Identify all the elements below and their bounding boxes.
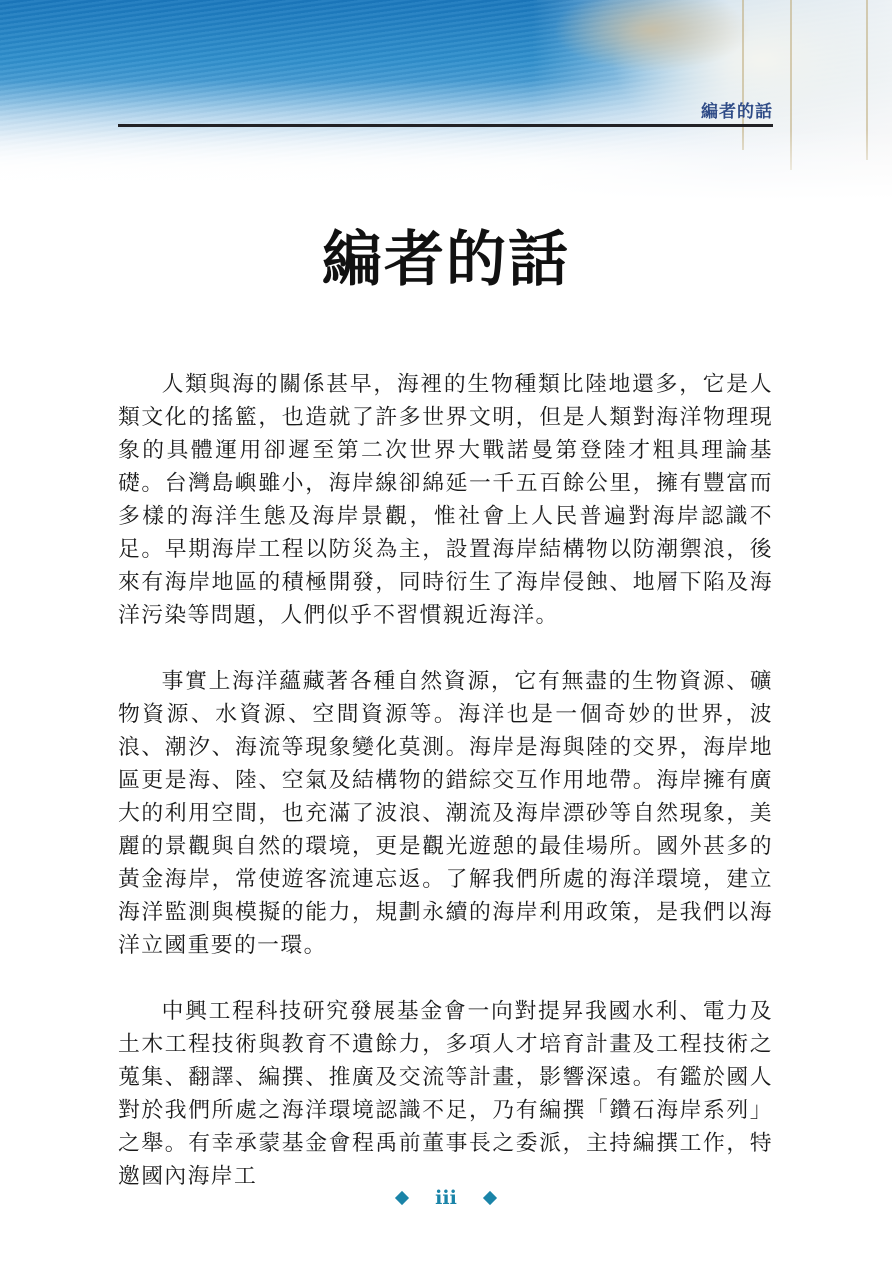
- banner-fade: [0, 130, 892, 200]
- running-head: 編者的話: [701, 101, 773, 123]
- header-banner-sea-photo: [0, 0, 892, 200]
- page-footer: iii: [0, 1184, 892, 1212]
- boat-mast: [742, 0, 744, 150]
- diamond-left-icon: [395, 1191, 409, 1205]
- paragraph-2: 事實上海洋蘊藏著各種自然資源，它有無盡的生物資源、礦物資源、水資源、空間資源等。…: [118, 665, 773, 962]
- diamond-right-icon: [482, 1191, 496, 1205]
- body-text: 人類與海的關係甚早，海裡的生物種類比陸地還多，它是人類文化的搖籃，也造就了許多世…: [118, 368, 773, 1226]
- header-rule-divider: [118, 124, 773, 127]
- page-number: iii: [435, 1187, 457, 1209]
- paragraph-3: 中興工程科技研究發展基金會一向對提昇我國水利、電力及土木工程技術與教育不遺餘力，…: [118, 995, 773, 1193]
- page-title: 編者的話: [0, 224, 892, 296]
- paragraph-1: 人類與海的關係甚早，海裡的生物種類比陸地還多，它是人類文化的搖籃，也造就了許多世…: [118, 368, 773, 632]
